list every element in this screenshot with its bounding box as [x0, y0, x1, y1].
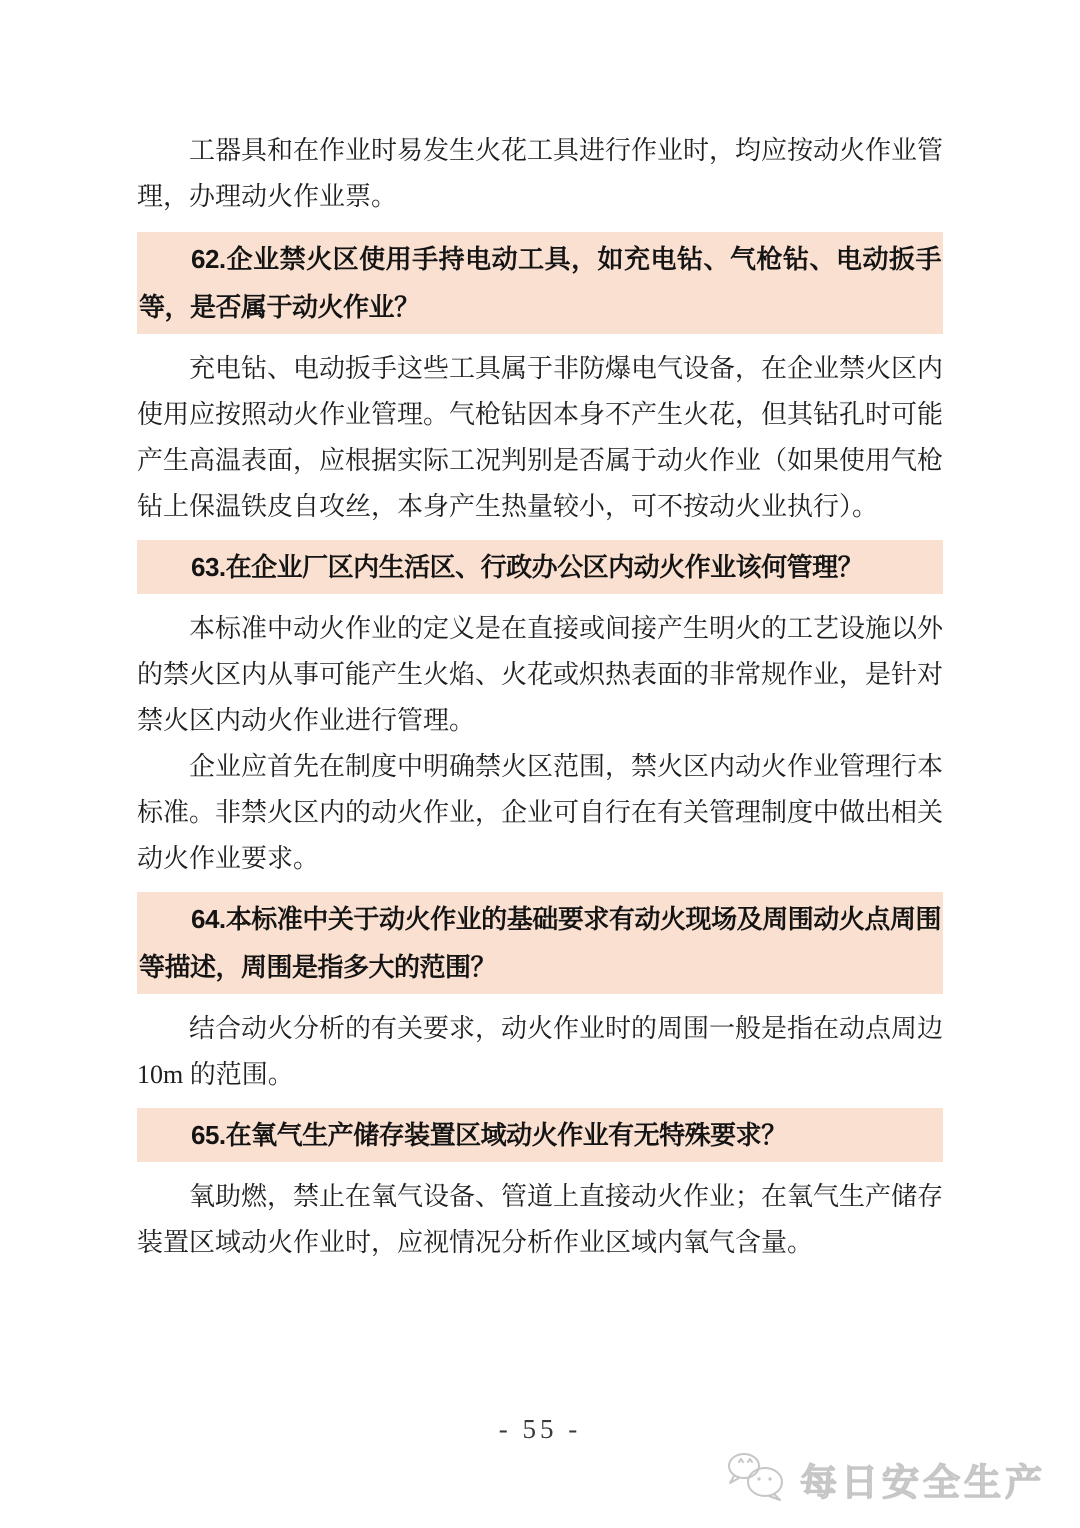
- watermark: 每日安全生产: [724, 1450, 1046, 1507]
- answer-paragraph: 本标准中动火作业的定义是在直接或间接产生明火的工艺设施以外的禁火区内从事可能产生…: [137, 606, 943, 744]
- document-page: 工器具和在作业时易发生火花工具进行作业时，均应按动火作业管理，办理动火作业票。 …: [0, 0, 1080, 1528]
- answer-paragraph: 结合动火分析的有关要求，动火作业时的周围一般是指在动点周边10m 的范围。: [137, 1006, 943, 1098]
- qa-item-63: 63.在企业厂区内生活区、行政办公区内动火作业该何管理？ 本标准中动火作业的定义…: [137, 540, 943, 882]
- qa-item-64: 64.本标准中关于动火作业的基础要求有动火现场及周围动火点周围等描述，周围是指多…: [137, 892, 943, 1098]
- question-heading-64: 64.本标准中关于动火作业的基础要求有动火现场及周围动火点周围等描述，周围是指多…: [137, 892, 943, 994]
- answer-paragraph: 充电钻、电动扳手这些工具属于非防爆电气设备，在企业禁火区内使用应按照动火作业管理…: [137, 346, 943, 530]
- answer-paragraph: 企业应首先在制度中明确禁火区范围，禁火区内动火作业管理行本标准。非禁火区内的动火…: [137, 744, 943, 882]
- page-number: - 55 -: [0, 1414, 1080, 1445]
- answer-paragraph: 氧助燃，禁止在氧气设备、管道上直接动火作业；在氧气生产储存装置区域动火作业时，应…: [137, 1174, 943, 1266]
- watermark-label: 每日安全生产: [800, 1452, 1046, 1506]
- question-heading-65: 65.在氧气生产储存装置区域动火作业有无特殊要求？: [137, 1108, 943, 1162]
- page-content: 工器具和在作业时易发生火花工具进行作业时，均应按动火作业管理，办理动火作业票。 …: [137, 128, 943, 1266]
- question-heading-63: 63.在企业厂区内生活区、行政办公区内动火作业该何管理？: [137, 540, 943, 594]
- qa-item-65: 65.在氧气生产储存装置区域动火作业有无特殊要求？ 氧助燃，禁止在氧气设备、管道…: [137, 1108, 943, 1266]
- intro-paragraph: 工器具和在作业时易发生火花工具进行作业时，均应按动火作业管理，办理动火作业票。: [137, 128, 943, 220]
- question-heading-62: 62.企业禁火区使用手持电动工具，如充电钻、气枪钻、电动扳手等，是否属于动火作业…: [137, 232, 943, 334]
- qa-item-62: 62.企业禁火区使用手持电动工具，如充电钻、气枪钻、电动扳手等，是否属于动火作业…: [137, 232, 943, 530]
- wechat-icon: [724, 1450, 788, 1507]
